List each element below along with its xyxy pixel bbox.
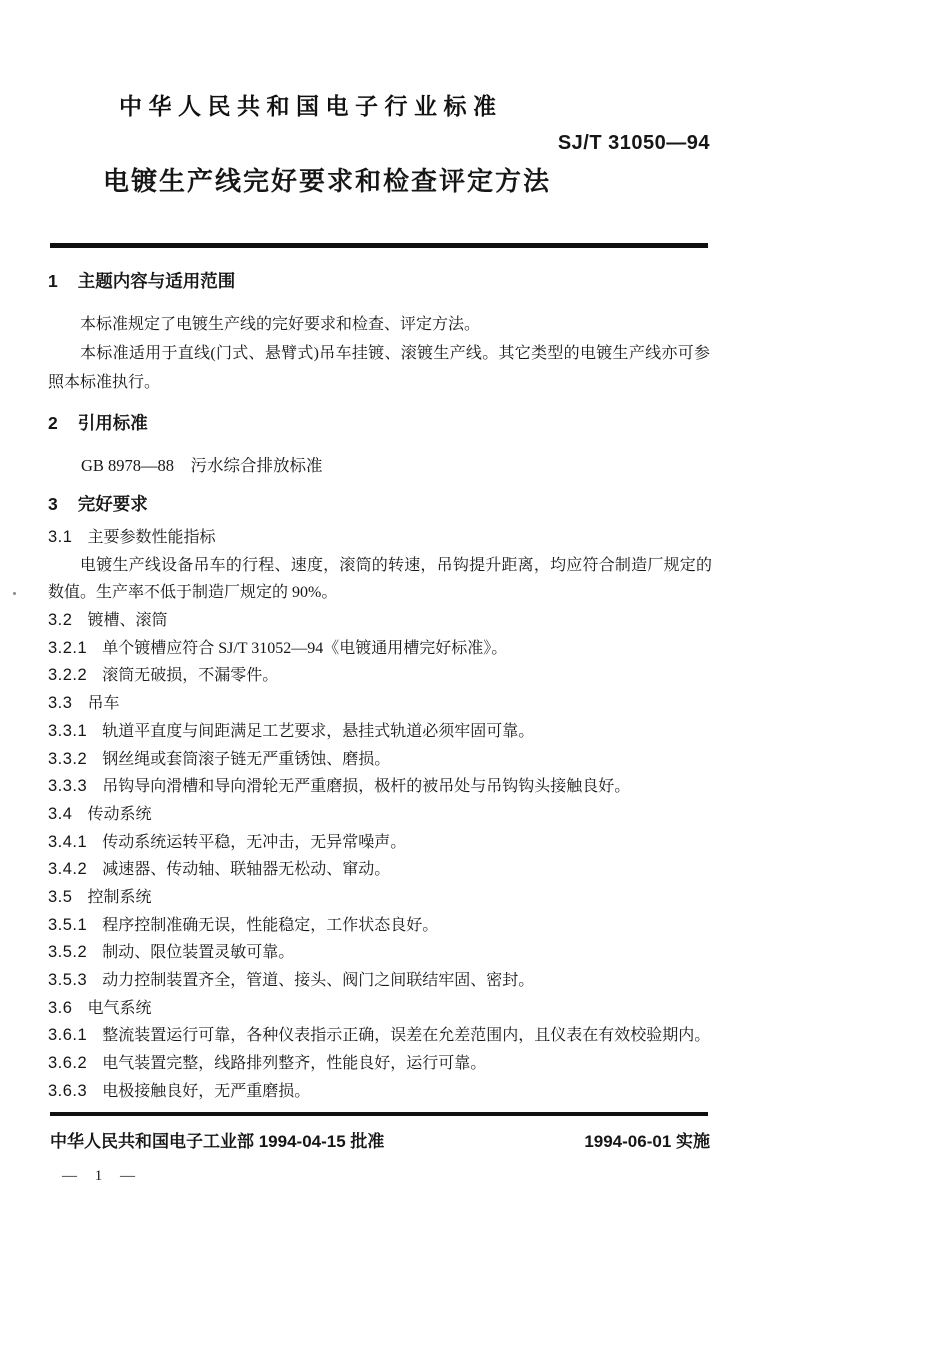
clause-number: 3.4.1	[48, 829, 87, 857]
clause-row: 3.6.3电极接触良好，无严重磨损。	[48, 1078, 712, 1106]
clause-row: 3.1主要参数性能指标	[48, 524, 712, 552]
section-2-title: 引用标准	[78, 413, 148, 433]
clause-row: 3.3.1轨道平直度与间距满足工艺要求，悬挂式轨道必须牢固可靠。	[48, 718, 712, 746]
clause-number: 3.5.1	[48, 912, 87, 940]
top-divider-rule	[50, 243, 708, 248]
clause-row: 3.5.3动力控制装置齐全，管道、接头、阀门之间联结牢固、密封。	[48, 967, 712, 995]
clause-row: 3.5控制系统	[48, 884, 712, 912]
clause-number: 3.2	[48, 607, 72, 635]
clause-text: 钢丝绳或套筒滚子链无严重锈蚀、磨损。	[102, 751, 390, 768]
section-1-paragraph-1: 本标准规定了电镀生产线的完好要求和检查、评定方法。	[48, 310, 710, 339]
clause-text: 轨道平直度与间距满足工艺要求，悬挂式轨道必须牢固可靠。	[102, 723, 534, 740]
implementation-date: 1994-06-01 实施	[584, 1127, 710, 1152]
clause-number: 3.6	[48, 995, 72, 1023]
clause-number: 3.6.1	[48, 1022, 87, 1050]
clause-row: 3.3.2钢丝绳或套筒滚子链无严重锈蚀、磨损。	[48, 746, 712, 774]
clause-row: 3.4传动系统	[48, 801, 712, 829]
bottom-divider-rule	[50, 1112, 708, 1116]
clause-row: 3.3吊车	[48, 690, 712, 718]
clause-number: 3.4	[48, 801, 72, 829]
footer: 中华人民共和国电子工业部 1994-04-15 批准 1994-06-01 实施	[50, 1127, 710, 1152]
document-page: 中华人民共和国电子行业标准 SJ/T 31050—94 电镀生产线完好要求和检查…	[0, 0, 950, 1345]
approval-statement: 中华人民共和国电子工业部 1994-04-15 批准	[50, 1127, 384, 1152]
clause-number: 3.2.1	[48, 635, 87, 663]
clause-row: 3.6.2电气装置完整，线路排列整齐，性能良好，运行可靠。	[48, 1050, 712, 1078]
clause-text: 传动系统运转平稳，无冲击，无异常噪声。	[102, 834, 406, 851]
page-number: — 1 —	[62, 1168, 136, 1185]
clause-number: 3.2.2	[48, 662, 87, 690]
section-2-heading: 2引用标准	[48, 410, 148, 435]
clause-text: 吊钩导向滑槽和导向滑轮无严重磨损，极杆的被吊处与吊钩钩头接触良好。	[102, 778, 630, 795]
clause-text: 制动、限位装置灵敏可靠。	[102, 944, 294, 961]
clause-row: 3.3.3吊钩导向滑槽和导向滑轮无严重磨损，极杆的被吊处与吊钩钩头接触良好。	[48, 773, 712, 801]
clause-row: 3.4.1传动系统运转平稳，无冲击，无异常噪声。	[48, 829, 712, 857]
clause-number: 3.5.2	[48, 939, 87, 967]
clause-text: 主要参数性能指标	[87, 529, 215, 546]
clause-text: 滚筒无破损，不漏零件。	[102, 667, 278, 684]
clause-text: 电极接触良好，无严重磨损。	[102, 1083, 310, 1100]
clause-number: 3.4.2	[48, 856, 87, 884]
section-3-heading: 3完好要求	[48, 491, 148, 516]
clause-text: 镀槽、滚筒	[87, 612, 167, 629]
clause-number: 3.5.3	[48, 967, 87, 995]
clause-text: 减速器、传动轴、联轴器无松动、窜动。	[102, 861, 390, 878]
clause-row: 3.5.2制动、限位装置灵敏可靠。	[48, 939, 712, 967]
clause-row: 3.6.1整流装置运行可靠，各种仪表指示正确，误差在允差范围内，且仪表在有效校验…	[48, 1022, 712, 1050]
section-1-title: 主题内容与适用范围	[78, 271, 236, 291]
section-1-number: 1	[48, 271, 58, 292]
clause-number: 3.5	[48, 884, 72, 912]
clause-text: 整流装置运行可靠，各种仪表指示正确，误差在允差范围内，且仪表在有效校验期内。	[102, 1027, 710, 1044]
scan-speck-artifact	[13, 592, 16, 595]
section-1-paragraph-2: 本标准适用于直线(门式、悬臂式)吊车挂镀、滚镀生产线。其它类型的电镀生产线亦可参…	[48, 339, 710, 397]
referenced-standard: GB 8978—88 污水综合排放标准	[48, 452, 323, 476]
section-2-number: 2	[48, 413, 58, 434]
section-3-number: 3	[48, 494, 58, 515]
clause-row: 3.5.1程序控制准确无误，性能稳定，工作状态良好。	[48, 912, 712, 940]
clause-row: 3.2.1单个镀槽应符合 SJ/T 31052—94《电镀通用槽完好标准》。	[48, 635, 712, 663]
standard-category-heading: 中华人民共和国电子行业标准	[119, 88, 503, 121]
clause-text: 程序控制准确无误，性能稳定，工作状态良好。	[102, 917, 438, 934]
clause-row: 3.2.2滚筒无破损，不漏零件。	[48, 662, 712, 690]
clause-3-1-paragraph: 电镀生产线设备吊车的行程、速度，滚筒的转速，吊钩提升距离，均应符合制造厂规定的数…	[48, 552, 712, 607]
section-3-title: 完好要求	[78, 494, 148, 514]
clause-number: 3.6.2	[48, 1050, 87, 1078]
clause-number: 3.3.3	[48, 773, 87, 801]
clause-row: 3.2镀槽、滚筒	[48, 607, 712, 635]
clause-text: 单个镀槽应符合 SJ/T 31052—94《电镀通用槽完好标准》。	[102, 640, 507, 657]
clause-number: 3.3	[48, 690, 72, 718]
section-1-heading: 1主题内容与适用范围	[48, 268, 235, 293]
clause-row: 3.6电气系统	[48, 995, 712, 1023]
clause-text: 动力控制装置齐全，管道、接头、阀门之间联结牢固、密封。	[102, 972, 534, 989]
clause-number: 3.3.1	[48, 718, 87, 746]
clause-list: 3.1主要参数性能指标 电镀生产线设备吊车的行程、速度，滚筒的转速，吊钩提升距离…	[48, 524, 712, 1105]
clause-number: 3.3.2	[48, 746, 87, 774]
clause-row: 3.4.2减速器、传动轴、联轴器无松动、窜动。	[48, 856, 712, 884]
clause-number: 3.6.3	[48, 1078, 87, 1106]
clause-text: 电气系统	[87, 1000, 151, 1017]
clause-text: 吊车	[87, 695, 119, 712]
clause-number: 3.1	[48, 524, 72, 552]
clause-text: 传动系统	[87, 806, 151, 823]
clause-text: 电气装置完整，线路排列整齐，性能良好，运行可靠。	[102, 1055, 486, 1072]
standard-number: SJ/T 31050—94	[558, 132, 710, 155]
document-title: 电镀生产线完好要求和检查评定方法	[103, 161, 551, 198]
clause-text: 控制系统	[87, 889, 151, 906]
